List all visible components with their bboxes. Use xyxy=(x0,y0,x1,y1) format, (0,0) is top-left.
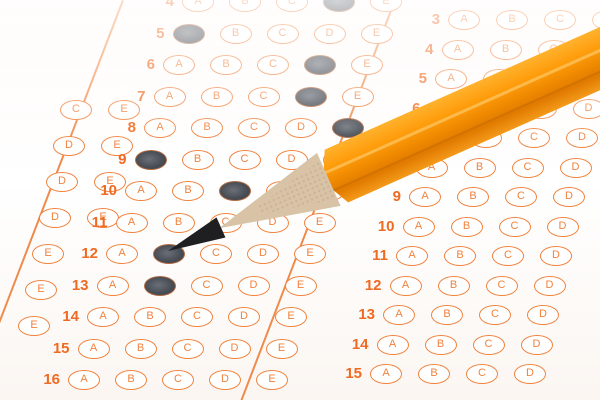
answer-bubble-e[interactable]: E xyxy=(25,280,57,300)
answer-bubble-c[interactable]: C xyxy=(512,158,544,178)
answer-bubble-d[interactable]: D xyxy=(527,305,559,325)
answer-bubble-b[interactable]: B xyxy=(431,305,463,325)
question-number: 13 xyxy=(349,306,375,323)
answer-bubble-c[interactable]: C xyxy=(181,307,213,327)
question-number: 12 xyxy=(356,277,382,294)
answer-bubble-d[interactable]: D xyxy=(53,136,85,156)
answer-bubble-d[interactable]: D xyxy=(238,276,270,296)
question-number: 11 xyxy=(82,214,108,231)
answer-bubble-b[interactable]: B xyxy=(496,10,528,30)
answer-bubble-b[interactable]: B xyxy=(191,118,223,138)
answer-bubble-c[interactable]: C xyxy=(60,100,92,120)
answer-bubble-c[interactable]: C xyxy=(172,339,204,359)
answer-bubble-c[interactable]: C xyxy=(466,364,498,384)
question-number: 14 xyxy=(343,336,369,353)
answer-bubble-a[interactable]: A xyxy=(116,213,148,233)
answer-bubble-c[interactable]: C xyxy=(229,150,261,170)
answer-bubble-b[interactable]: B xyxy=(134,307,166,327)
answer-bubble-a[interactable]: A xyxy=(396,246,428,266)
answer-bubble-b[interactable]: B xyxy=(220,24,252,44)
answer-bubble-c[interactable]: C xyxy=(473,335,505,355)
answer-bubble-c[interactable]: C xyxy=(544,10,576,30)
question-number: 16 xyxy=(34,371,60,388)
answer-bubble-d[interactable]: D xyxy=(247,244,279,264)
answer-bubble-e[interactable]: E xyxy=(266,339,298,359)
answer-bubble-a[interactable]: A xyxy=(125,181,157,201)
answer-bubble-e[interactable]: E xyxy=(32,244,64,264)
answer-bubble-e[interactable]: E xyxy=(285,276,317,296)
answer-bubble-b[interactable]: B xyxy=(457,187,489,207)
answer-bubble-b[interactable]: B xyxy=(444,246,476,266)
question-number: 12 xyxy=(72,245,98,262)
answer-bubble-e[interactable]: E xyxy=(351,55,383,75)
answer-bubble-d[interactable]: D xyxy=(560,158,592,178)
answer-bubble-a[interactable]: A xyxy=(173,24,205,44)
answer-bubble-c[interactable]: C xyxy=(257,55,289,75)
answer-bubble-d[interactable]: D xyxy=(209,370,241,390)
answer-bubble-a[interactable]: A xyxy=(409,187,441,207)
answer-bubble-d[interactable]: D xyxy=(573,99,600,119)
question-number: 13 xyxy=(63,277,89,294)
answer-bubble-b[interactable]: B xyxy=(451,217,483,237)
answer-bubble-e[interactable]: E xyxy=(18,316,50,336)
answer-bubble-d[interactable]: D xyxy=(285,118,317,138)
answer-bubble-c[interactable]: C xyxy=(276,0,308,12)
question-number: 7 xyxy=(120,88,146,105)
question-number: 5 xyxy=(139,25,165,42)
question-number: 14 xyxy=(53,308,79,325)
question-number: 5 xyxy=(401,70,427,87)
answer-bubble-c[interactable]: C xyxy=(486,276,518,296)
answer-bubble-d[interactable]: D xyxy=(304,55,336,75)
question-number: 6 xyxy=(129,56,155,73)
answer-bubble-b[interactable]: B xyxy=(229,0,261,12)
answer-bubble-a[interactable]: A xyxy=(87,307,119,327)
answer-bubble-a[interactable]: A xyxy=(135,150,167,170)
answer-bubble-d[interactable]: D xyxy=(540,246,572,266)
question-number: 9 xyxy=(101,151,127,168)
answer-bubble-b[interactable]: B xyxy=(418,364,450,384)
answer-bubble-a[interactable]: A xyxy=(97,276,129,296)
answer-bubble-a[interactable]: A xyxy=(390,276,422,296)
answer-bubble-a[interactable]: A xyxy=(448,10,480,30)
answer-bubble-c[interactable]: C xyxy=(162,370,194,390)
answer-bubble-d[interactable]: D xyxy=(295,87,327,107)
question-number: 15 xyxy=(44,340,70,357)
answer-bubble-d[interactable]: D xyxy=(534,276,566,296)
answer-bubble-e[interactable]: E xyxy=(342,87,374,107)
question-number: 11 xyxy=(362,247,388,264)
answer-bubble-c[interactable]: C xyxy=(248,87,280,107)
answer-bubble-c[interactable]: C xyxy=(492,246,524,266)
answer-bubble-a[interactable]: A xyxy=(144,118,176,138)
answer-bubble-d[interactable]: D xyxy=(46,172,78,192)
answer-bubble-c[interactable]: C xyxy=(505,187,537,207)
answer-bubble-c[interactable]: C xyxy=(191,276,223,296)
answer-bubble-d[interactable]: D xyxy=(514,364,546,384)
answer-bubble-b[interactable]: B xyxy=(425,335,457,355)
answer-bubble-c[interactable]: C xyxy=(518,128,550,148)
answer-bubble-b[interactable]: B xyxy=(210,55,242,75)
answer-bubble-c[interactable]: C xyxy=(267,24,299,44)
answer-bubble-d[interactable]: D xyxy=(219,339,251,359)
answer-bubble-b[interactable]: B xyxy=(144,276,176,296)
answer-bubble-a[interactable]: A xyxy=(106,244,138,264)
answer-bubble-b[interactable]: B xyxy=(490,40,522,60)
answer-bubble-b[interactable]: B xyxy=(125,339,157,359)
answer-bubble-e[interactable]: E xyxy=(370,0,402,12)
question-number: 4 xyxy=(148,0,174,10)
answer-bubble-a[interactable]: A xyxy=(370,364,402,384)
pencil-lead-tip xyxy=(164,217,226,261)
answer-bubble-a[interactable]: A xyxy=(403,217,435,237)
answer-bubble-e[interactable]: E xyxy=(361,24,393,44)
answer-bubble-a[interactable]: A xyxy=(377,335,409,355)
answer-bubble-b[interactable]: B xyxy=(115,370,147,390)
answer-bubble-d[interactable]: D xyxy=(39,208,71,228)
answer-bubble-d[interactable]: D xyxy=(521,335,553,355)
answer-bubble-d[interactable]: D xyxy=(228,307,260,327)
answer-bubble-d[interactable]: D xyxy=(553,187,585,207)
answer-bubble-b[interactable]: B xyxy=(438,276,470,296)
answer-bubble-a[interactable]: A xyxy=(383,305,415,325)
question-number: 3 xyxy=(414,11,440,28)
answer-bubble-c[interactable]: C xyxy=(499,217,531,237)
answer-bubble-a[interactable]: A xyxy=(154,87,186,107)
answer-bubble-b[interactable]: B xyxy=(201,87,233,107)
answer-bubble-a[interactable]: A xyxy=(68,370,100,390)
answer-bubble-a[interactable]: A xyxy=(435,69,467,89)
answer-bubble-d[interactable]: D xyxy=(547,217,579,237)
answer-bubble-a[interactable]: A xyxy=(442,40,474,60)
answer-bubble-e[interactable]: E xyxy=(256,370,288,390)
answer-bubble-b[interactable]: B xyxy=(464,158,496,178)
answer-bubble-e[interactable]: E xyxy=(294,244,326,264)
answer-bubble-a[interactable]: A xyxy=(78,339,110,359)
answer-bubble-d[interactable]: D xyxy=(566,128,598,148)
answer-bubble-c[interactable]: C xyxy=(479,305,511,325)
answer-bubble-a[interactable]: A xyxy=(163,55,195,75)
answer-bubble-a[interactable]: A xyxy=(182,0,214,12)
answer-bubble-c[interactable]: C xyxy=(238,118,270,138)
question-number: 4 xyxy=(408,41,434,58)
question-number: 9 xyxy=(375,188,401,205)
answer-bubble-b[interactable]: B xyxy=(182,150,214,170)
question-number: 8 xyxy=(110,119,136,136)
answer-bubble-b[interactable]: B xyxy=(172,181,204,201)
question-number: 15 xyxy=(336,365,362,382)
answer-bubble-d[interactable]: D xyxy=(314,24,346,44)
answer-bubble-d[interactable]: D xyxy=(323,0,355,12)
question-number: 10 xyxy=(91,182,117,199)
question-number: 10 xyxy=(369,218,395,235)
answer-bubble-e[interactable]: E xyxy=(275,307,307,327)
